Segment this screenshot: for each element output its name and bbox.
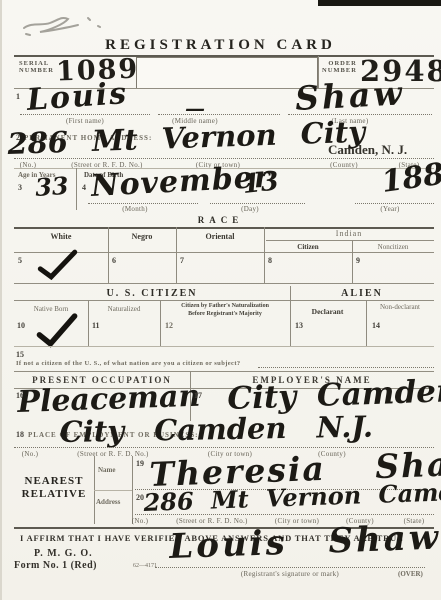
- dob-day-value: 13: [241, 168, 280, 198]
- scan-edge-bar: [318, 0, 441, 6]
- order-number-label2: NUMBER: [322, 67, 357, 74]
- item-10-number: 10: [17, 321, 25, 330]
- nearest-relative-label-line2: RELATIVE: [16, 488, 92, 501]
- nearest-relative-label-line1: NEAREST: [16, 475, 92, 488]
- declarant-label: Declarant: [290, 307, 365, 316]
- last-name-value: Shaw: [294, 76, 405, 115]
- form-org-text: P. M. G. O.: [34, 548, 93, 559]
- serial-number-label: SERIAL: [19, 60, 54, 67]
- employment-no-caption: (No.): [10, 450, 50, 458]
- employment-value: City Camden N.J.: [59, 413, 373, 447]
- month-caption: (Month): [95, 205, 175, 213]
- item-6-number: 6: [112, 256, 116, 265]
- first-name-value: Louis: [26, 79, 129, 116]
- county-state-value: Camden, N. J.: [328, 142, 407, 158]
- race-negro-label: Negro: [108, 232, 176, 241]
- day-caption: (Day): [215, 205, 285, 213]
- order-number-label: ORDER: [322, 60, 357, 67]
- father-naturalization-label-line2: Before Registrant's Majority: [160, 311, 290, 319]
- item-1-number: 1: [16, 92, 20, 101]
- item-15-number: 15: [16, 350, 24, 359]
- item-17-number: 17: [194, 391, 202, 400]
- race-indian-noncitizen-label: Noncitizen: [352, 243, 434, 251]
- item-5-number: 5: [18, 256, 22, 265]
- race-indian-label: Indian: [264, 229, 434, 238]
- non-declarant-label: Non-declarant: [372, 303, 428, 312]
- over-caption: (OVER): [398, 570, 423, 578]
- relative-name-label: Name: [98, 466, 116, 474]
- stamp-box: [136, 57, 318, 89]
- registrant-signature: Louis Shaw: [169, 521, 441, 564]
- item-13-number: 13: [295, 321, 303, 330]
- page-title: REGISTRATION CARD: [0, 37, 441, 54]
- alien-header: ALIEN: [290, 288, 434, 299]
- relative-address-label: Address: [96, 498, 120, 506]
- registration-card: REGISTRATION CARD SERIAL NUMBER 1089 ORD…: [0, 0, 441, 600]
- item-12-number: 12: [165, 321, 173, 330]
- native-born-checkmark-icon: [30, 310, 83, 349]
- item-19-number: 19: [136, 459, 144, 468]
- year-caption: (Year): [360, 205, 420, 213]
- scan-left-edge: [0, 0, 2, 600]
- dob-year-value: 1884: [380, 157, 441, 198]
- form-name-text: Form No. 1 (Red): [14, 560, 97, 571]
- employer-value: City Camden: [227, 376, 441, 415]
- item-7-number: 7: [180, 256, 184, 265]
- race-white-label: White: [14, 232, 108, 241]
- race-indian-citizen-label: Citizen: [264, 243, 352, 251]
- signature-caption: (Registrant's signature or mark): [210, 570, 370, 578]
- relative-no-caption: (No.): [122, 517, 158, 525]
- father-naturalization-label: Citizen by Father's Naturalization Befor…: [160, 303, 290, 319]
- item-4-number: 4: [82, 183, 86, 192]
- race-oriental-label: Oriental: [176, 232, 264, 241]
- age-value: 33: [34, 174, 69, 200]
- print-code-text: 62—4171: [133, 563, 157, 569]
- race-header: RACE: [0, 215, 441, 225]
- naturalized-label: Naturalized: [88, 305, 160, 313]
- item-9-number: 9: [356, 256, 360, 265]
- race-white-checkmark-icon: [33, 248, 84, 283]
- father-naturalization-label-line1: Citizen by Father's Naturalization: [160, 303, 290, 311]
- us-citizen-header: U. S. CITIZEN: [14, 288, 290, 299]
- item-11-number: 11: [92, 321, 100, 330]
- item-14-number: 14: [372, 321, 380, 330]
- nation-question: If not a citizen of the U. S., of what n…: [16, 360, 241, 367]
- middle-name-value: —: [185, 98, 205, 118]
- item-8-number: 8: [268, 256, 272, 265]
- item-3-number: 3: [18, 183, 22, 192]
- serial-number-label2: NUMBER: [19, 67, 54, 74]
- item-18-number: 18: [16, 430, 24, 439]
- nearest-relative-label: NEAREST RELATIVE: [16, 475, 92, 501]
- pencil-scribble-mark: [20, 10, 110, 40]
